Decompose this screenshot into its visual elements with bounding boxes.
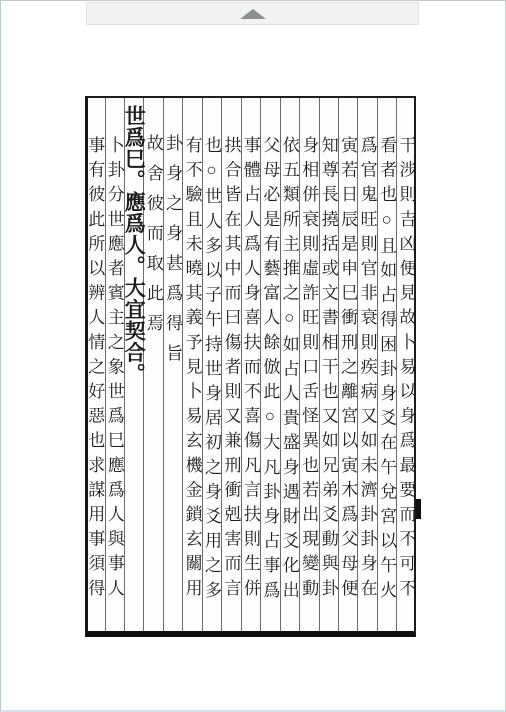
text-column: 事體占人爲人身喜扶而不喜傷凡言扶則生併	[241, 136, 260, 603]
scroll-up-arrow-icon	[240, 9, 266, 19]
text-column: 故舍彼而取此焉	[144, 134, 163, 344]
scroll-up-button[interactable]	[86, 2, 419, 25]
text-column: 拱合皆在其中而曰傷者則又兼刑衝剋害而言	[222, 136, 241, 603]
text-column: 依五類所主推之○如占人貴盛身遇財爻化出	[280, 136, 299, 605]
text-column: 看者也○且如占得困卦身爻在午兌宮以午火	[377, 136, 396, 605]
text-column: 父母必是有藝富人餘倣此○大凡卦身占事爲	[260, 136, 279, 605]
text-column: 身相併衰則虛詐旺則口舌怪異也若出現變動	[299, 136, 318, 603]
text-column: 卦身之身甚爲得旨	[163, 134, 182, 374]
frame-edge-mark	[416, 499, 421, 519]
text-column: 有不驗且未曉其義予見卜易玄機金鎖玄關用	[183, 136, 202, 603]
text-column: 世爲巳。應爲人。大宜契合。	[122, 105, 145, 385]
text-column: 爲官鬼旺則官非衰則疾病又如未濟卦卦身在	[358, 136, 377, 603]
text-column: 事有彼此所以辨人情之好惡也求謀用事須得	[85, 136, 104, 603]
document-viewer: 干涉則吉凶便見故卜易以身爲最要而不可不看者也○且如占得困卦身爻在午兌宮以午火爲官…	[0, 0, 506, 712]
text-column: 寅若日辰是申巳衝刑之離宮以寅木爲父母便	[338, 136, 357, 603]
text-column: 知尊長撓括或文書相干也又如兄弟爻動與卦	[319, 136, 338, 603]
text-column: 卜卦分世應者賓主之象世爲巳應爲人與事人	[105, 136, 124, 603]
text-column: 干涉則吉凶便見故卜易以身爲最要而不可不	[397, 136, 416, 603]
text-column: 也○世人多以子午持世身居初之身爻用之多	[202, 136, 221, 605]
